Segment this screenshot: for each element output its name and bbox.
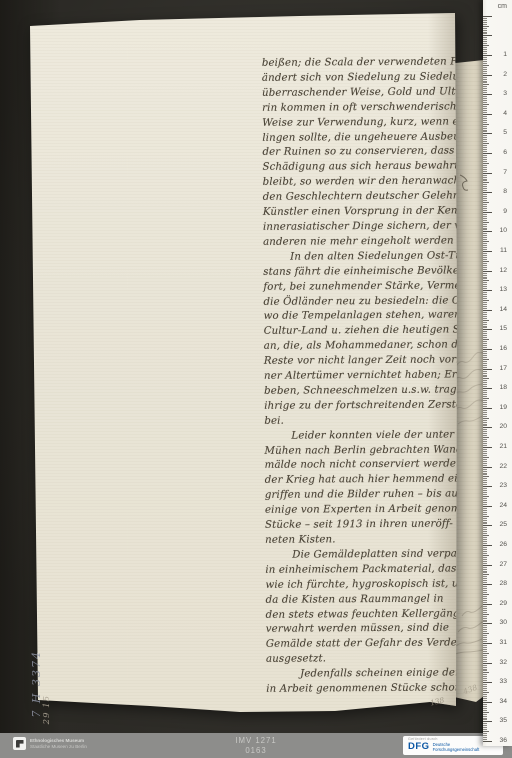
ruler-tick xyxy=(483,375,487,376)
ruler-number: 9 xyxy=(503,208,507,215)
ruler-tick xyxy=(483,229,487,230)
ruler-tick xyxy=(483,143,489,144)
ruler-tick xyxy=(483,82,487,83)
ruler-tick xyxy=(483,490,487,491)
ruler-tick xyxy=(483,133,492,134)
ruler-tick xyxy=(483,116,487,117)
ruler-tick xyxy=(483,494,487,495)
ruler-tick xyxy=(483,721,492,722)
ruler-tick xyxy=(483,110,487,111)
ruler-tick xyxy=(483,298,487,299)
ruler-tick xyxy=(483,147,487,148)
ruler-tick xyxy=(483,431,487,432)
ruler-tick xyxy=(483,77,487,78)
ruler-tick xyxy=(483,206,487,207)
ruler-tick xyxy=(483,90,487,91)
ruler-tick xyxy=(483,226,487,227)
ruler-tick xyxy=(483,57,487,58)
ruler-number: 12 xyxy=(499,267,507,274)
ruler-number: 27 xyxy=(499,561,507,568)
ruler-tick xyxy=(483,402,487,403)
manuscript-line: rin kommen in oft verschwenderischer xyxy=(262,100,488,116)
ruler-tick xyxy=(483,529,487,530)
ruler-number: 16 xyxy=(499,345,507,352)
ruler-tick xyxy=(483,371,487,372)
ruler-tick xyxy=(483,237,487,238)
ruler-tick xyxy=(483,373,487,374)
ruler-tick xyxy=(483,408,492,409)
ruler-tick xyxy=(483,124,489,125)
ruler-tick xyxy=(483,71,487,72)
ruler-tick xyxy=(483,449,487,450)
ruler-tick xyxy=(483,94,492,95)
ruler-number: 26 xyxy=(499,541,507,548)
ruler-tick xyxy=(483,451,487,452)
manuscript-line: Künstler einen Vorsprung in der Kenntnis xyxy=(263,204,489,220)
ruler-tick xyxy=(483,737,487,738)
ruler-tick xyxy=(483,582,487,583)
ruler-tick xyxy=(483,345,487,346)
ruler-tick xyxy=(483,255,487,256)
ruler-tick xyxy=(483,69,487,70)
ruler-tick xyxy=(483,247,487,248)
ruler-tick xyxy=(483,331,487,332)
ruler-tick xyxy=(483,686,487,687)
ruler-tick xyxy=(483,596,487,597)
ruler-tick xyxy=(483,522,487,523)
ruler-tick xyxy=(483,412,487,413)
manuscript-line: beißen; die Scala der verwendeten Farben xyxy=(262,55,488,71)
ruler-tick xyxy=(483,210,487,211)
ruler-tick xyxy=(483,704,487,705)
ruler-tick xyxy=(483,177,487,178)
ruler-tick xyxy=(483,731,489,732)
ruler-tick xyxy=(483,286,487,287)
ruler-tick xyxy=(483,61,487,62)
ruler-number: 4 xyxy=(503,110,507,117)
ruler-tick xyxy=(483,349,492,350)
ruler-tick xyxy=(483,141,487,142)
ruler-tick xyxy=(483,243,487,244)
ruler-tick xyxy=(483,128,487,129)
ruler-tick xyxy=(483,202,489,203)
ruler-number: 3 xyxy=(503,90,507,97)
ruler-number: 24 xyxy=(499,502,507,509)
ruler-tick xyxy=(483,539,487,540)
ruler-number: 7 xyxy=(503,169,507,176)
ruler-tick xyxy=(483,584,492,585)
ruler-tick xyxy=(483,561,487,562)
ruler-tick xyxy=(483,65,489,66)
ruler-tick xyxy=(483,51,487,52)
ruler-tick xyxy=(483,433,487,434)
ruler-tick xyxy=(483,598,487,599)
ruler-number: 31 xyxy=(499,639,507,646)
ruler-tick xyxy=(483,190,487,191)
ruler-tick xyxy=(483,339,489,340)
ruler-tick xyxy=(483,639,487,640)
ruler-tick xyxy=(483,329,492,330)
ruler-tick xyxy=(483,614,489,615)
ruler-tick xyxy=(483,604,492,605)
ruler-tick xyxy=(483,277,487,278)
ruler-tick xyxy=(483,618,487,619)
ruler-tick xyxy=(483,727,487,728)
ruler: cm 1234567891011121314151617181920212223… xyxy=(483,0,512,746)
ruler-tick xyxy=(483,30,487,31)
manuscript-line: beben, Schneeschmelzen u.s.w. tragen das xyxy=(264,383,490,399)
ruler-unit-label: cm xyxy=(498,3,507,10)
ruler-tick xyxy=(483,343,487,344)
ruler-tick xyxy=(483,37,487,38)
ruler-tick xyxy=(483,637,487,638)
ruler-tick xyxy=(483,233,487,234)
ruler-tick xyxy=(483,318,487,319)
ruler-number: 8 xyxy=(503,188,507,195)
ruler-tick xyxy=(483,153,492,154)
ruler-tick xyxy=(483,326,487,327)
ruler-tick xyxy=(483,159,487,160)
ruler-tick xyxy=(483,576,487,577)
ruler-tick xyxy=(483,75,492,76)
ruler-tick xyxy=(483,531,487,532)
ruler-tick xyxy=(483,169,487,170)
ruler-tick xyxy=(483,306,487,307)
ruler-tick xyxy=(483,496,489,497)
ruler-tick xyxy=(483,180,487,181)
ruler-tick xyxy=(483,106,487,107)
ruler-tick xyxy=(483,316,487,317)
ruler-tick xyxy=(483,112,487,113)
ruler-tick xyxy=(483,645,487,646)
ruler-tick xyxy=(483,643,492,644)
manuscript-line: bei. xyxy=(264,413,490,429)
manuscript-line: lingen sollte, die ungeheuere Ausbeute xyxy=(262,130,488,146)
ruler-tick xyxy=(483,710,487,711)
ruler-tick xyxy=(483,88,487,89)
ruler-tick xyxy=(483,708,487,709)
ruler-tick xyxy=(483,259,487,260)
ruler-tick xyxy=(483,79,487,80)
ruler-tick xyxy=(483,224,487,225)
ruler-tick xyxy=(483,363,487,364)
ruler-number: 29 xyxy=(499,600,507,607)
ruler-tick xyxy=(483,100,487,101)
ruler-tick xyxy=(483,684,487,685)
ruler-tick xyxy=(483,641,487,642)
ruler-number: 2 xyxy=(503,71,507,78)
ruler-tick xyxy=(483,527,487,528)
ruler-tick xyxy=(483,669,487,670)
ruler-tick xyxy=(483,525,492,526)
ruler-number: 15 xyxy=(499,326,507,333)
ruler-number: 5 xyxy=(503,130,507,137)
ruler-tick xyxy=(483,49,487,50)
ruler-tick xyxy=(483,214,487,215)
manuscript-line: ner Altertümer vernichtet haben; Erd- xyxy=(264,368,490,384)
ruler-tick xyxy=(483,608,487,609)
ruler-number: 28 xyxy=(499,580,507,587)
manuscript-line: bleibt, so werden wir den heranwachsen- xyxy=(263,174,489,190)
ruler-tick xyxy=(483,22,487,23)
ruler-tick xyxy=(483,376,487,377)
ruler-tick xyxy=(483,559,487,560)
ruler-tick xyxy=(483,241,489,242)
manuscript-line: Weise zur Verwendung, kurz, wenn es ge- xyxy=(262,115,488,131)
ruler-tick xyxy=(483,418,489,419)
ruler-number: 14 xyxy=(499,306,507,313)
ruler-tick xyxy=(483,665,487,666)
manuscript-page: beißen; die Scala der verwendeten Farben… xyxy=(28,12,458,714)
ruler-tick xyxy=(483,167,487,168)
ruler-tick xyxy=(483,196,487,197)
ruler-tick xyxy=(483,302,487,303)
ruler-tick xyxy=(483,173,492,174)
ruler-tick xyxy=(483,594,489,595)
ruler-tick xyxy=(483,353,487,354)
ruler-tick xyxy=(483,623,492,624)
ruler-tick xyxy=(483,361,487,362)
ruler-tick xyxy=(483,510,487,511)
ruler-tick xyxy=(483,392,487,393)
ruler-tick xyxy=(483,416,487,417)
ruler-tick xyxy=(483,175,487,176)
manuscript-line: Cultur-Land u. ziehen die heutigen Siedl… xyxy=(264,324,490,340)
pencil-number-vertical: 29 15 xyxy=(42,695,52,724)
ruler-tick xyxy=(483,674,487,675)
ruler-tick xyxy=(483,514,487,515)
ruler-tick xyxy=(483,580,487,581)
ruler-tick xyxy=(483,33,487,34)
ruler-tick xyxy=(483,384,487,385)
ruler-tick xyxy=(483,551,487,552)
ruler-number: 33 xyxy=(499,678,507,685)
ruler-tick xyxy=(483,41,487,42)
ruler-tick xyxy=(483,657,487,658)
dfg-acronym: DFG xyxy=(408,741,430,752)
ruler-tick xyxy=(483,706,487,707)
ruler-number: 10 xyxy=(499,228,507,235)
ruler-tick xyxy=(483,290,492,291)
ruler-tick xyxy=(483,535,489,536)
ruler-tick xyxy=(483,98,487,99)
ruler-tick xyxy=(483,537,487,538)
ruler-tick xyxy=(483,682,492,683)
ruler-number: 34 xyxy=(499,698,507,705)
ruler-tick xyxy=(483,486,492,487)
manuscript-line: Reste vor nicht langer Zeit noch vorhand… xyxy=(264,353,490,369)
ruler-tick xyxy=(483,467,492,468)
ruler-tick xyxy=(483,429,487,430)
ruler-tick xyxy=(483,545,492,546)
ruler-tick xyxy=(483,447,492,448)
ruler-tick xyxy=(483,488,487,489)
ruler-tick xyxy=(483,498,487,499)
ruler-tick xyxy=(483,422,487,423)
ruler-tick xyxy=(483,719,487,720)
ruler-tick xyxy=(483,471,487,472)
ruler-tick xyxy=(483,275,487,276)
ruler-tick xyxy=(483,39,487,40)
ruler-tick xyxy=(483,663,492,664)
ruler-tick xyxy=(483,222,489,223)
ruler-tick xyxy=(483,333,487,334)
ruler-tick xyxy=(483,165,487,166)
ruler-tick xyxy=(483,600,487,601)
ruler-number: 23 xyxy=(499,482,507,489)
ruler-tick xyxy=(483,425,487,426)
manuscript-line: an, die, als Mohammedaner, schon die xyxy=(264,338,490,354)
manuscript-line: innerasiatischer Dinge sichern, der von xyxy=(263,219,489,235)
ruler-tick xyxy=(483,461,487,462)
ruler-tick xyxy=(483,502,487,503)
ruler-tick xyxy=(483,478,487,479)
ruler-tick xyxy=(483,557,487,558)
ruler-tick xyxy=(483,680,487,681)
ruler-tick xyxy=(483,139,487,140)
ruler-tick xyxy=(483,184,487,185)
ruler-tick xyxy=(483,688,487,689)
ruler-number: 17 xyxy=(499,365,507,372)
ruler-tick xyxy=(483,81,487,82)
ruler-tick xyxy=(483,739,487,740)
ruler-tick xyxy=(483,588,487,589)
ruler-tick xyxy=(483,667,487,668)
ruler-tick xyxy=(483,149,487,150)
ruler-tick xyxy=(483,520,487,521)
ruler-tick xyxy=(483,312,487,313)
ruler-tick xyxy=(483,455,487,456)
ruler-tick xyxy=(483,508,487,509)
ruler-tick xyxy=(483,506,492,507)
ruler-tick xyxy=(483,288,487,289)
ruler-tick xyxy=(483,469,487,470)
ruler-tick xyxy=(483,457,489,458)
ruler-tick xyxy=(483,690,487,691)
ruler-tick xyxy=(483,324,487,325)
ruler-number: 21 xyxy=(499,443,507,450)
ruler-tick xyxy=(483,130,487,131)
ruler-tick xyxy=(483,327,487,328)
ruler-tick xyxy=(483,627,487,628)
ruler-tick xyxy=(483,218,487,219)
manuscript-line: In den alten Siedelungen Ost-Turki- xyxy=(263,249,489,265)
ruler-tick xyxy=(483,304,487,305)
ruler-tick xyxy=(483,484,487,485)
manuscript-line: überraschender Weise, Gold und Ultrama- xyxy=(262,85,488,101)
ruler-tick xyxy=(483,388,492,389)
ruler-tick xyxy=(483,592,487,593)
ruler-tick xyxy=(483,35,492,36)
ruler-tick xyxy=(483,572,487,573)
ruler-tick xyxy=(483,400,487,401)
ruler-tick xyxy=(483,631,487,632)
ruler-tick xyxy=(483,723,487,724)
ruler-tick xyxy=(483,271,492,272)
ruler-tick xyxy=(483,672,489,673)
ruler-tick xyxy=(483,231,492,232)
ruler-tick xyxy=(483,263,487,264)
ruler-tick xyxy=(483,269,487,270)
ruler-tick xyxy=(483,310,492,311)
ruler-tick xyxy=(483,492,487,493)
ruler-tick xyxy=(483,420,487,421)
manuscript-line: Leider konnten viele der unter grossen xyxy=(264,428,490,444)
ruler-number: 20 xyxy=(499,424,507,431)
ruler-tick xyxy=(483,157,487,158)
ruler-tick xyxy=(483,267,487,268)
ruler-tick xyxy=(483,135,487,136)
ruler-tick xyxy=(483,729,487,730)
ruler-tick xyxy=(483,678,487,679)
ruler-tick xyxy=(483,359,489,360)
ruler-tick xyxy=(483,443,487,444)
ruler-tick xyxy=(483,351,487,352)
ruler-tick xyxy=(483,369,492,370)
ruler-tick xyxy=(483,518,487,519)
ruler-tick xyxy=(483,516,489,517)
ruler-tick xyxy=(483,228,487,229)
ruler-tick xyxy=(483,337,487,338)
ruler-tick xyxy=(483,186,487,187)
ruler-tick xyxy=(483,335,487,336)
ruler-number: 11 xyxy=(500,247,507,254)
ruler-tick xyxy=(483,365,487,366)
ruler-tick xyxy=(483,104,489,105)
ruler-tick xyxy=(483,635,487,636)
ruler-number: 32 xyxy=(499,659,507,666)
ruler-tick xyxy=(483,437,489,438)
ruler-tick xyxy=(483,700,487,701)
ruler-tick xyxy=(483,571,487,572)
ruler-tick xyxy=(483,702,492,703)
ruler-number: 30 xyxy=(499,620,507,627)
ruler-tick xyxy=(483,696,487,697)
manuscript-line: ändert sich von Siedelung zu Siedelung i… xyxy=(262,70,488,86)
ruler-tick xyxy=(483,586,487,587)
ruler-tick xyxy=(483,20,487,21)
ruler-tick xyxy=(483,63,487,64)
ruler-tick xyxy=(483,633,489,634)
dfg-name-line2: Forschungsgemeinschaft xyxy=(433,747,480,752)
ruler-number: 18 xyxy=(499,384,507,391)
ruler-tick xyxy=(483,386,487,387)
ruler-tick xyxy=(483,565,492,566)
ruler-tick xyxy=(483,620,487,621)
ruler-tick xyxy=(483,47,487,48)
ruler-tick xyxy=(483,212,492,213)
ruler-tick xyxy=(483,439,487,440)
ruler-tick xyxy=(483,163,489,164)
ruler-tick xyxy=(483,714,487,715)
ruler-tick xyxy=(483,355,487,356)
ruler-tick xyxy=(483,59,487,60)
ruler-tick xyxy=(483,122,487,123)
ruler-tick xyxy=(483,563,487,564)
ruler-tick xyxy=(483,441,487,442)
ruler-tick xyxy=(483,661,487,662)
ruler-tick xyxy=(483,216,487,217)
ruler-tick xyxy=(483,53,487,54)
ruler-tick xyxy=(483,294,487,295)
ruler-tick xyxy=(483,480,487,481)
ruler-tick xyxy=(483,610,487,611)
ruler-tick xyxy=(483,406,487,407)
ruler-tick xyxy=(483,171,487,172)
ruler-tick xyxy=(483,151,487,152)
ruler-tick xyxy=(483,543,487,544)
ruler-tick xyxy=(483,261,489,262)
